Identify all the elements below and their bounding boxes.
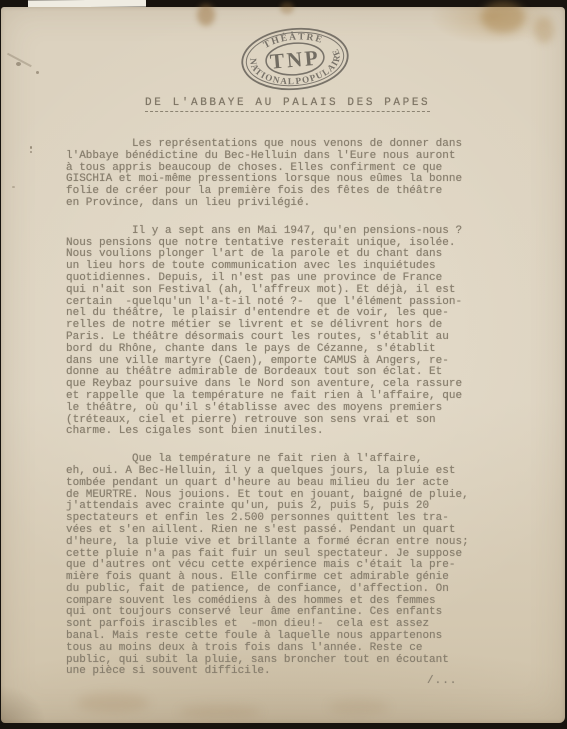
page-title: DE L'ABBAYE AU PALAIS DES PAPES — [145, 96, 430, 112]
speck — [36, 71, 39, 74]
speck — [30, 146, 32, 149]
document-body: Les représentations que nous venons de d… — [66, 139, 480, 694]
speck — [16, 62, 21, 66]
speck — [12, 186, 15, 188]
stain — [534, 17, 554, 43]
stain — [329, 699, 389, 715]
tnp-stamp-icon: THÉÂTRE NATIONAL POPULAIRE TNP — [231, 13, 360, 105]
stain — [77, 693, 149, 713]
stain — [197, 4, 215, 26]
paragraph: Les représentations que nous venons de d… — [66, 139, 480, 210]
continuation-mark: /... — [427, 675, 457, 687]
document-page: THÉÂTRE NATIONAL POPULAIRE TNP DE L'ABBA… — [1, 7, 565, 723]
speck — [30, 151, 32, 153]
stain — [481, 1, 525, 33]
document-photo: THÉÂTRE NATIONAL POPULAIRE TNP DE L'ABBA… — [0, 0, 567, 729]
paragraph: Que la température ne fait rien à l'affa… — [66, 454, 480, 678]
paragraph: Il y a sept ans en Mai 1947, qu'en pensi… — [66, 226, 480, 438]
stain — [280, 2, 294, 14]
stamp-monogram: TNP — [269, 45, 321, 73]
stain — [179, 705, 261, 719]
